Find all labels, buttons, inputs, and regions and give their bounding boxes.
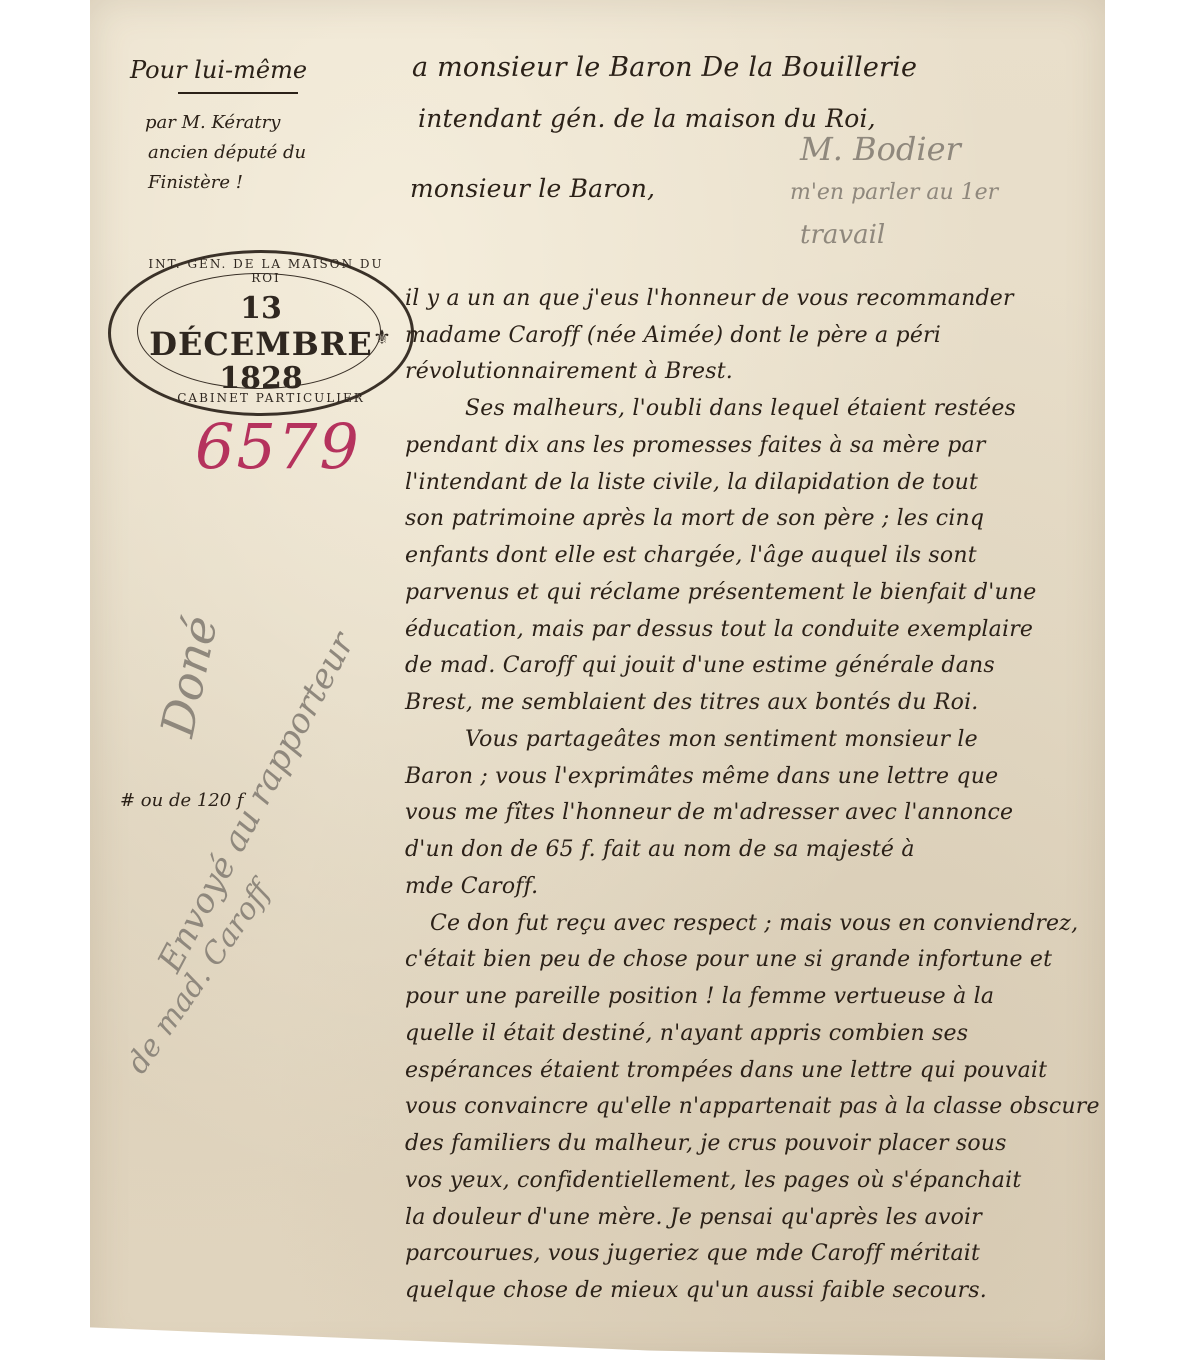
stamp-day: 13 bbox=[111, 291, 411, 326]
body-line: enfants dont elle est chargée, l'âge auq… bbox=[405, 543, 977, 568]
amount-note: # ou de 120 f bbox=[120, 790, 244, 811]
body-line: quelque chose de mieux qu'un aussi faibl… bbox=[405, 1278, 987, 1303]
body-line: Ce don fut reçu avec respect ; mais vous… bbox=[430, 911, 1078, 936]
stamp-month: DÉCEMBRE bbox=[111, 325, 411, 363]
body-line: d'un don de 65 f. fait au nom de sa maje… bbox=[405, 837, 915, 862]
body-line: vous convaincre qu'elle n'appartenait pa… bbox=[405, 1094, 1100, 1119]
body-line: c'était bien peu de chose pour une si gr… bbox=[405, 947, 1052, 972]
body-line: éducation, mais par dessus tout la condu… bbox=[405, 617, 1033, 642]
address-line-1: a monsieur le Baron De la Bouillerie bbox=[412, 52, 917, 83]
margin-header-underline bbox=[178, 92, 298, 94]
body-line: Baron ; vous l'exprimâtes même dans une … bbox=[405, 764, 998, 789]
red-archive-number: 6579 bbox=[195, 410, 361, 483]
body-line: quelle il était destiné, n'ayant appris … bbox=[405, 1021, 968, 1046]
pencil-note-top-right-3: travail bbox=[800, 220, 885, 250]
body-line: Vous partageâtes mon sentiment monsieur … bbox=[465, 727, 978, 752]
body-line: parcourues, vous jugeriez que mde Caroff… bbox=[405, 1241, 980, 1266]
body-line: madame Caroff (née Aimée) dont le père a… bbox=[405, 323, 941, 348]
pencil-note-top-right-1: M. Bodier bbox=[800, 130, 961, 168]
margin-note-line-1: par M. Kératry bbox=[145, 112, 280, 133]
address-line-2: intendant gén. de la maison du Roi, bbox=[418, 104, 876, 133]
body-line: des familiers du malheur, je crus pouvoi… bbox=[405, 1131, 1007, 1156]
body-line: révolutionnairement à Brest. bbox=[405, 359, 733, 384]
body-line: espérances étaient trompées dans une let… bbox=[405, 1058, 1047, 1083]
body-line: il y a un an que j'eus l'honneur de vous… bbox=[405, 286, 1014, 311]
stamp-arc-top: INT. GÉN. DE LA MAISON DU ROI bbox=[141, 257, 391, 285]
body-line: son patrimoine après la mort de son père… bbox=[405, 506, 984, 531]
body-line: Ses malheurs, l'oubli dans lequel étaien… bbox=[465, 396, 1016, 421]
body-line: vos yeux, confidentiellement, les pages … bbox=[405, 1168, 1021, 1193]
body-line: la douleur d'une mère. Je pensai qu'aprè… bbox=[405, 1205, 982, 1230]
body-line: pendant dix ans les promesses faites à s… bbox=[405, 433, 986, 458]
pencil-note-top-right-2: m'en parler au 1er bbox=[790, 180, 998, 205]
stamp-arc-bottom: CABINET PARTICULIER bbox=[161, 391, 381, 405]
body-line: mde Caroff. bbox=[405, 874, 538, 899]
salutation: monsieur le Baron, bbox=[410, 174, 655, 203]
body-line: l'intendant de la liste civile, la dilap… bbox=[405, 470, 978, 495]
date-stamp: INT. GÉN. DE LA MAISON DU ROI 13 DÉCEMBR… bbox=[108, 250, 414, 416]
body-line: parvenus et qui réclame présentement le … bbox=[405, 580, 1036, 605]
margin-note-line-2: ancien député du bbox=[148, 142, 306, 163]
fleur-de-lis-icon: ⚜ bbox=[373, 325, 391, 350]
body-line: Brest, me semblaient des titres aux bont… bbox=[405, 690, 979, 715]
body-line: de mad. Caroff qui jouit d'une estime gé… bbox=[405, 653, 995, 678]
body-line: pour une pareille position ! la femme ve… bbox=[405, 984, 994, 1009]
body-line: vous me fîtes l'honneur de m'adresser av… bbox=[405, 800, 1013, 825]
margin-header: Pour lui-même bbox=[130, 56, 307, 84]
margin-note-line-3: Finistère ! bbox=[148, 172, 243, 193]
